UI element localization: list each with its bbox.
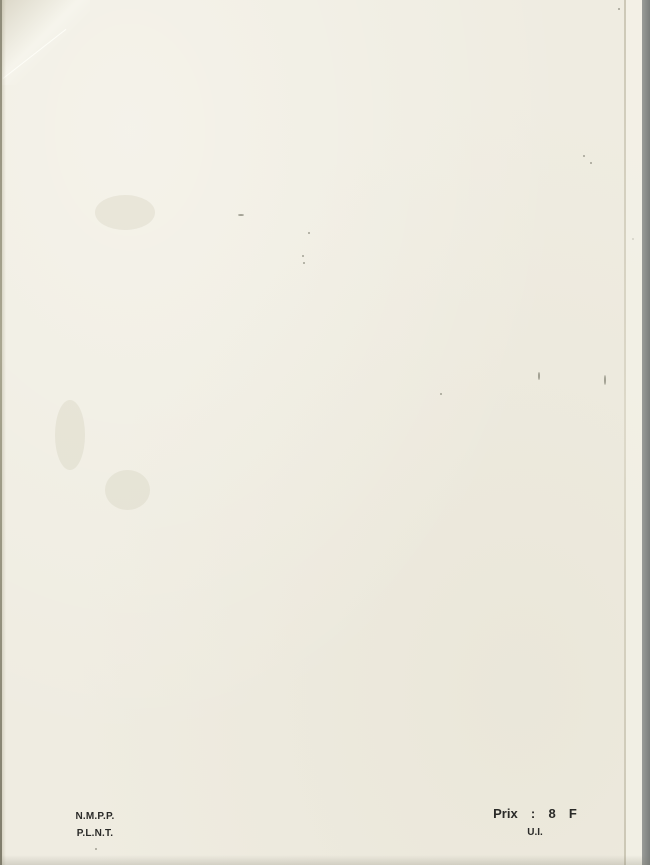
paper-speck (604, 375, 606, 385)
paper-stain (105, 470, 150, 510)
paper-speck (538, 372, 540, 380)
publisher-code: U.I. (470, 825, 600, 841)
distribution-block: N.M.P.P. P.L.N.T. (40, 808, 150, 842)
spine-fold-line (624, 0, 626, 865)
price-block: Prix : 8 F U.I. (470, 805, 600, 841)
distributor-nmpp: N.M.P.P. (40, 808, 150, 825)
paper-speck (95, 848, 97, 850)
paper-speck (440, 393, 442, 395)
paper-speck (308, 232, 310, 234)
corner-crease (0, 0, 90, 85)
paper-speck (618, 8, 620, 10)
spine-panel (626, 0, 642, 865)
paper-speck (303, 262, 305, 264)
left-edge-shadow (2, 0, 6, 865)
paper-speck (583, 155, 585, 157)
bottom-edge-shadow (0, 855, 650, 865)
paper-stain (55, 400, 85, 470)
paper-stain (95, 195, 155, 230)
scan-background-strip (642, 0, 650, 865)
paper-speck (590, 162, 592, 164)
book-back-cover: N.M.P.P. P.L.N.T. Prix : 8 F U.I. (0, 0, 650, 865)
distributor-plnt: P.L.N.T. (40, 825, 150, 842)
paper-speck (302, 255, 304, 257)
price-label: Prix : 8 F (470, 805, 600, 823)
paper-speck (238, 214, 244, 216)
